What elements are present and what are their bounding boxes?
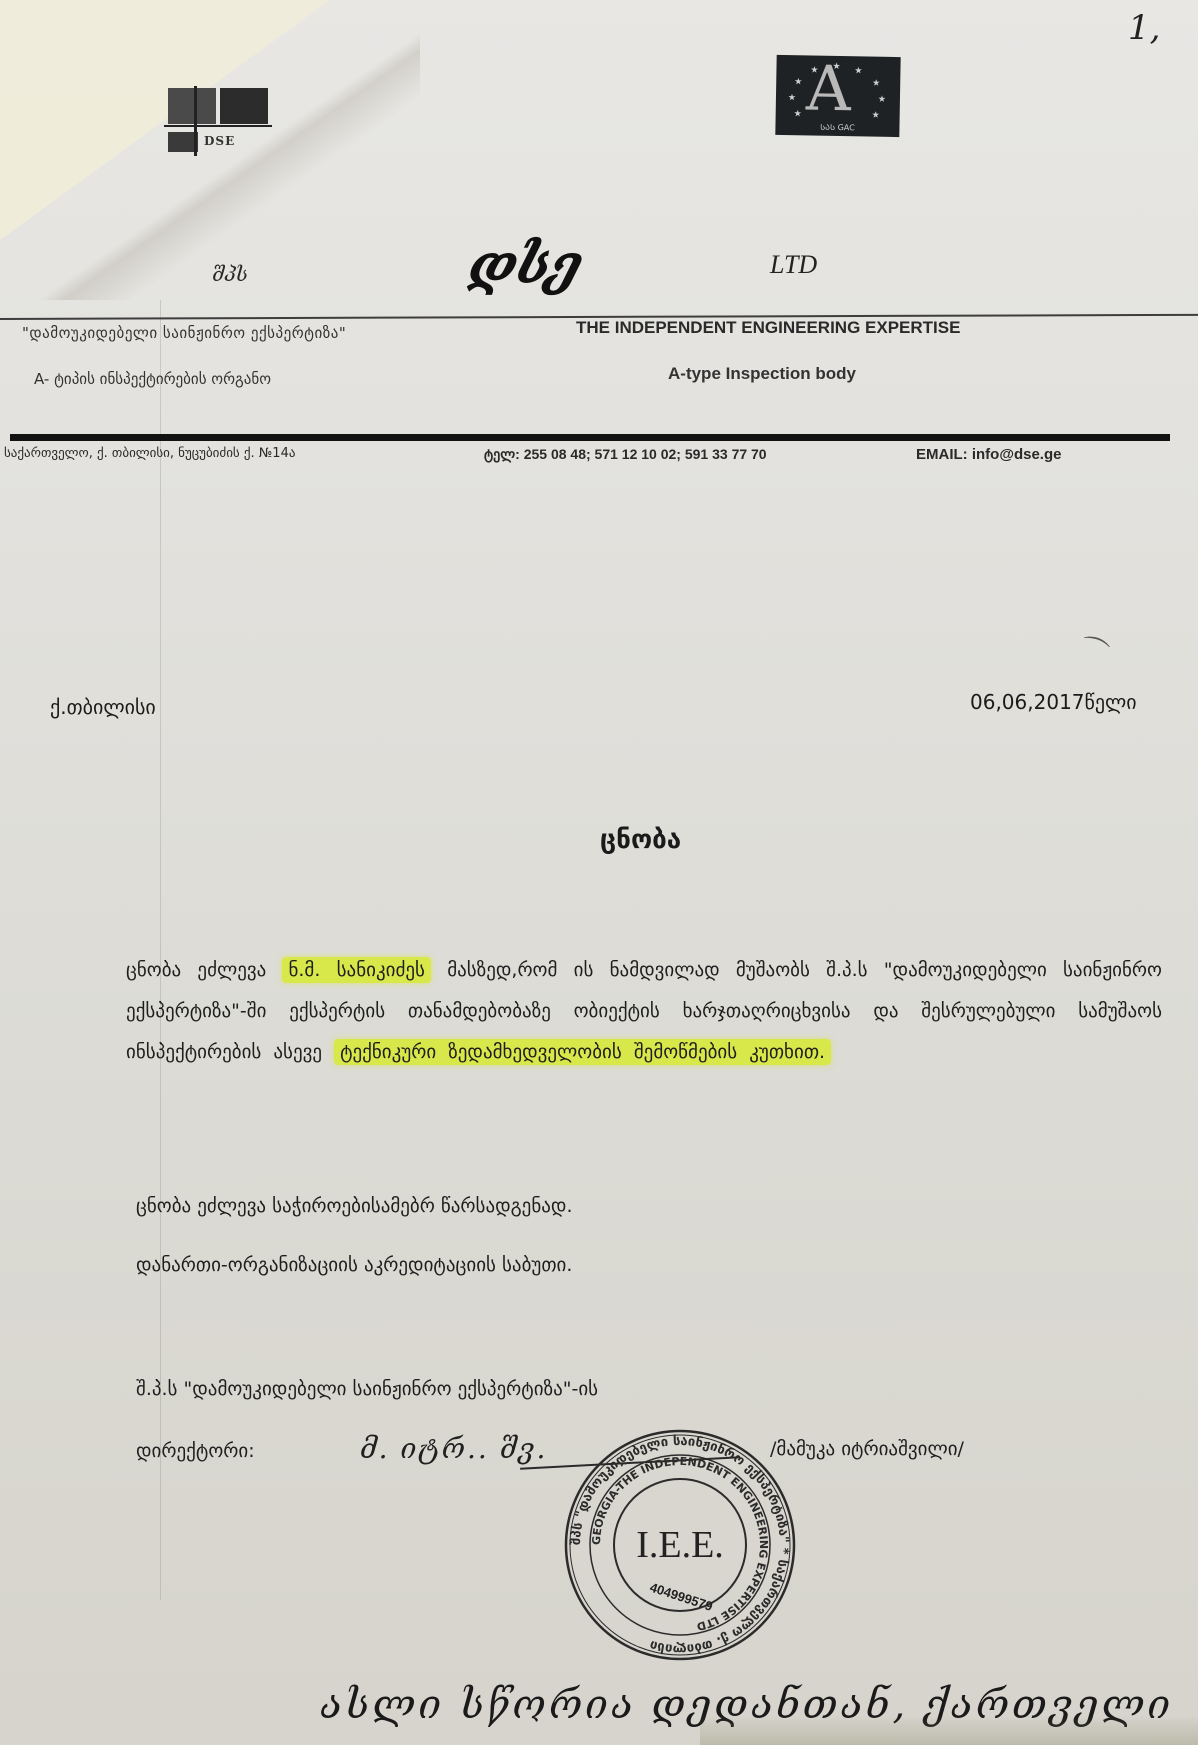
- company-subtitle-en: A-type Inspection body: [668, 364, 856, 384]
- company-form-en: LTD: [770, 250, 817, 280]
- accreditation-caption: ᲡᲐᲡ GAC: [775, 121, 899, 134]
- director-signature: მ. იტრ.. შვ.: [360, 1432, 547, 1465]
- company-email: EMAIL: info@dse.ge: [916, 446, 1061, 463]
- seal-center-text: I.E.E.: [636, 1524, 724, 1566]
- company-form-geo: შპს: [212, 262, 248, 286]
- attachment-line: დანართი-ორგანიზაციის აკრედიტაციის საბუთი…: [136, 1254, 572, 1276]
- dse-logo-icon: DSE: [168, 88, 268, 154]
- company-name-geo: "დამოუკიდებელი საინჟინრო ექსპერტიზა": [22, 324, 346, 342]
- handwritten-page-number: 1,: [1128, 8, 1160, 48]
- letterhead-thick-divider: [10, 434, 1170, 441]
- compass-a-icon: A: [806, 57, 852, 120]
- seal-icon: შპს "დამოუკიდებელი საინჟინრო ექსპერტიზა"…: [560, 1425, 800, 1665]
- bottom-edge-shadow: [700, 1715, 1198, 1745]
- director-label: დირექტორი:: [136, 1440, 255, 1462]
- document-city: ქ.თბილისი: [50, 695, 156, 719]
- paragraph-intro: ცნობა ეძლევა: [126, 959, 282, 981]
- document-date: 06,06,2017წელი: [970, 690, 1137, 714]
- company-phones: ტელ: 255 08 48; 571 12 10 02; 591 33 77 …: [484, 446, 767, 463]
- document-title: ცნობა: [600, 825, 681, 855]
- company-address: საქართველო, ქ. თბილისი, ნუცუბიძის ქ. №14…: [4, 446, 295, 461]
- seal-id-number: 404999579: [648, 1580, 715, 1614]
- company-seal-stamp: შპს "დამოუკიდებელი საინჟინრო ექსპერტიზა"…: [560, 1425, 800, 1665]
- dse-logo-text: DSE: [204, 134, 235, 148]
- purpose-line: ცნობა ეძლევა საჭიროებისამებრ წარსადგენად…: [136, 1195, 573, 1217]
- highlighted-technical-supervision: ტექნიკური ზედამხედველობის შემოწმების კუთ…: [334, 1039, 831, 1065]
- page-folded-corner: [0, 0, 330, 240]
- company-name-en: THE INDEPENDENT ENGINEERING EXPERTISE: [576, 318, 960, 338]
- certificate-paragraph: ცნობა ეძლევა ნ.მ. სანიკიძეს მასზედ,რომ ი…: [126, 950, 1162, 1073]
- organization-line: შ.პ.ს "დამოუკიდებელი საინჟინრო ექსპერტიზ…: [136, 1378, 598, 1400]
- company-subtitle-geo: A- ტიპის ინსპექტირების ორგანო: [34, 370, 271, 388]
- company-mark-geo: დსე: [463, 232, 587, 296]
- highlighted-employee-name: ნ.მ. სანიკიძეს: [282, 957, 431, 983]
- accreditation-compass-logo-icon: ★★★ ★★ ★★ ★★ A ᲡᲐᲡ GAC: [775, 55, 900, 137]
